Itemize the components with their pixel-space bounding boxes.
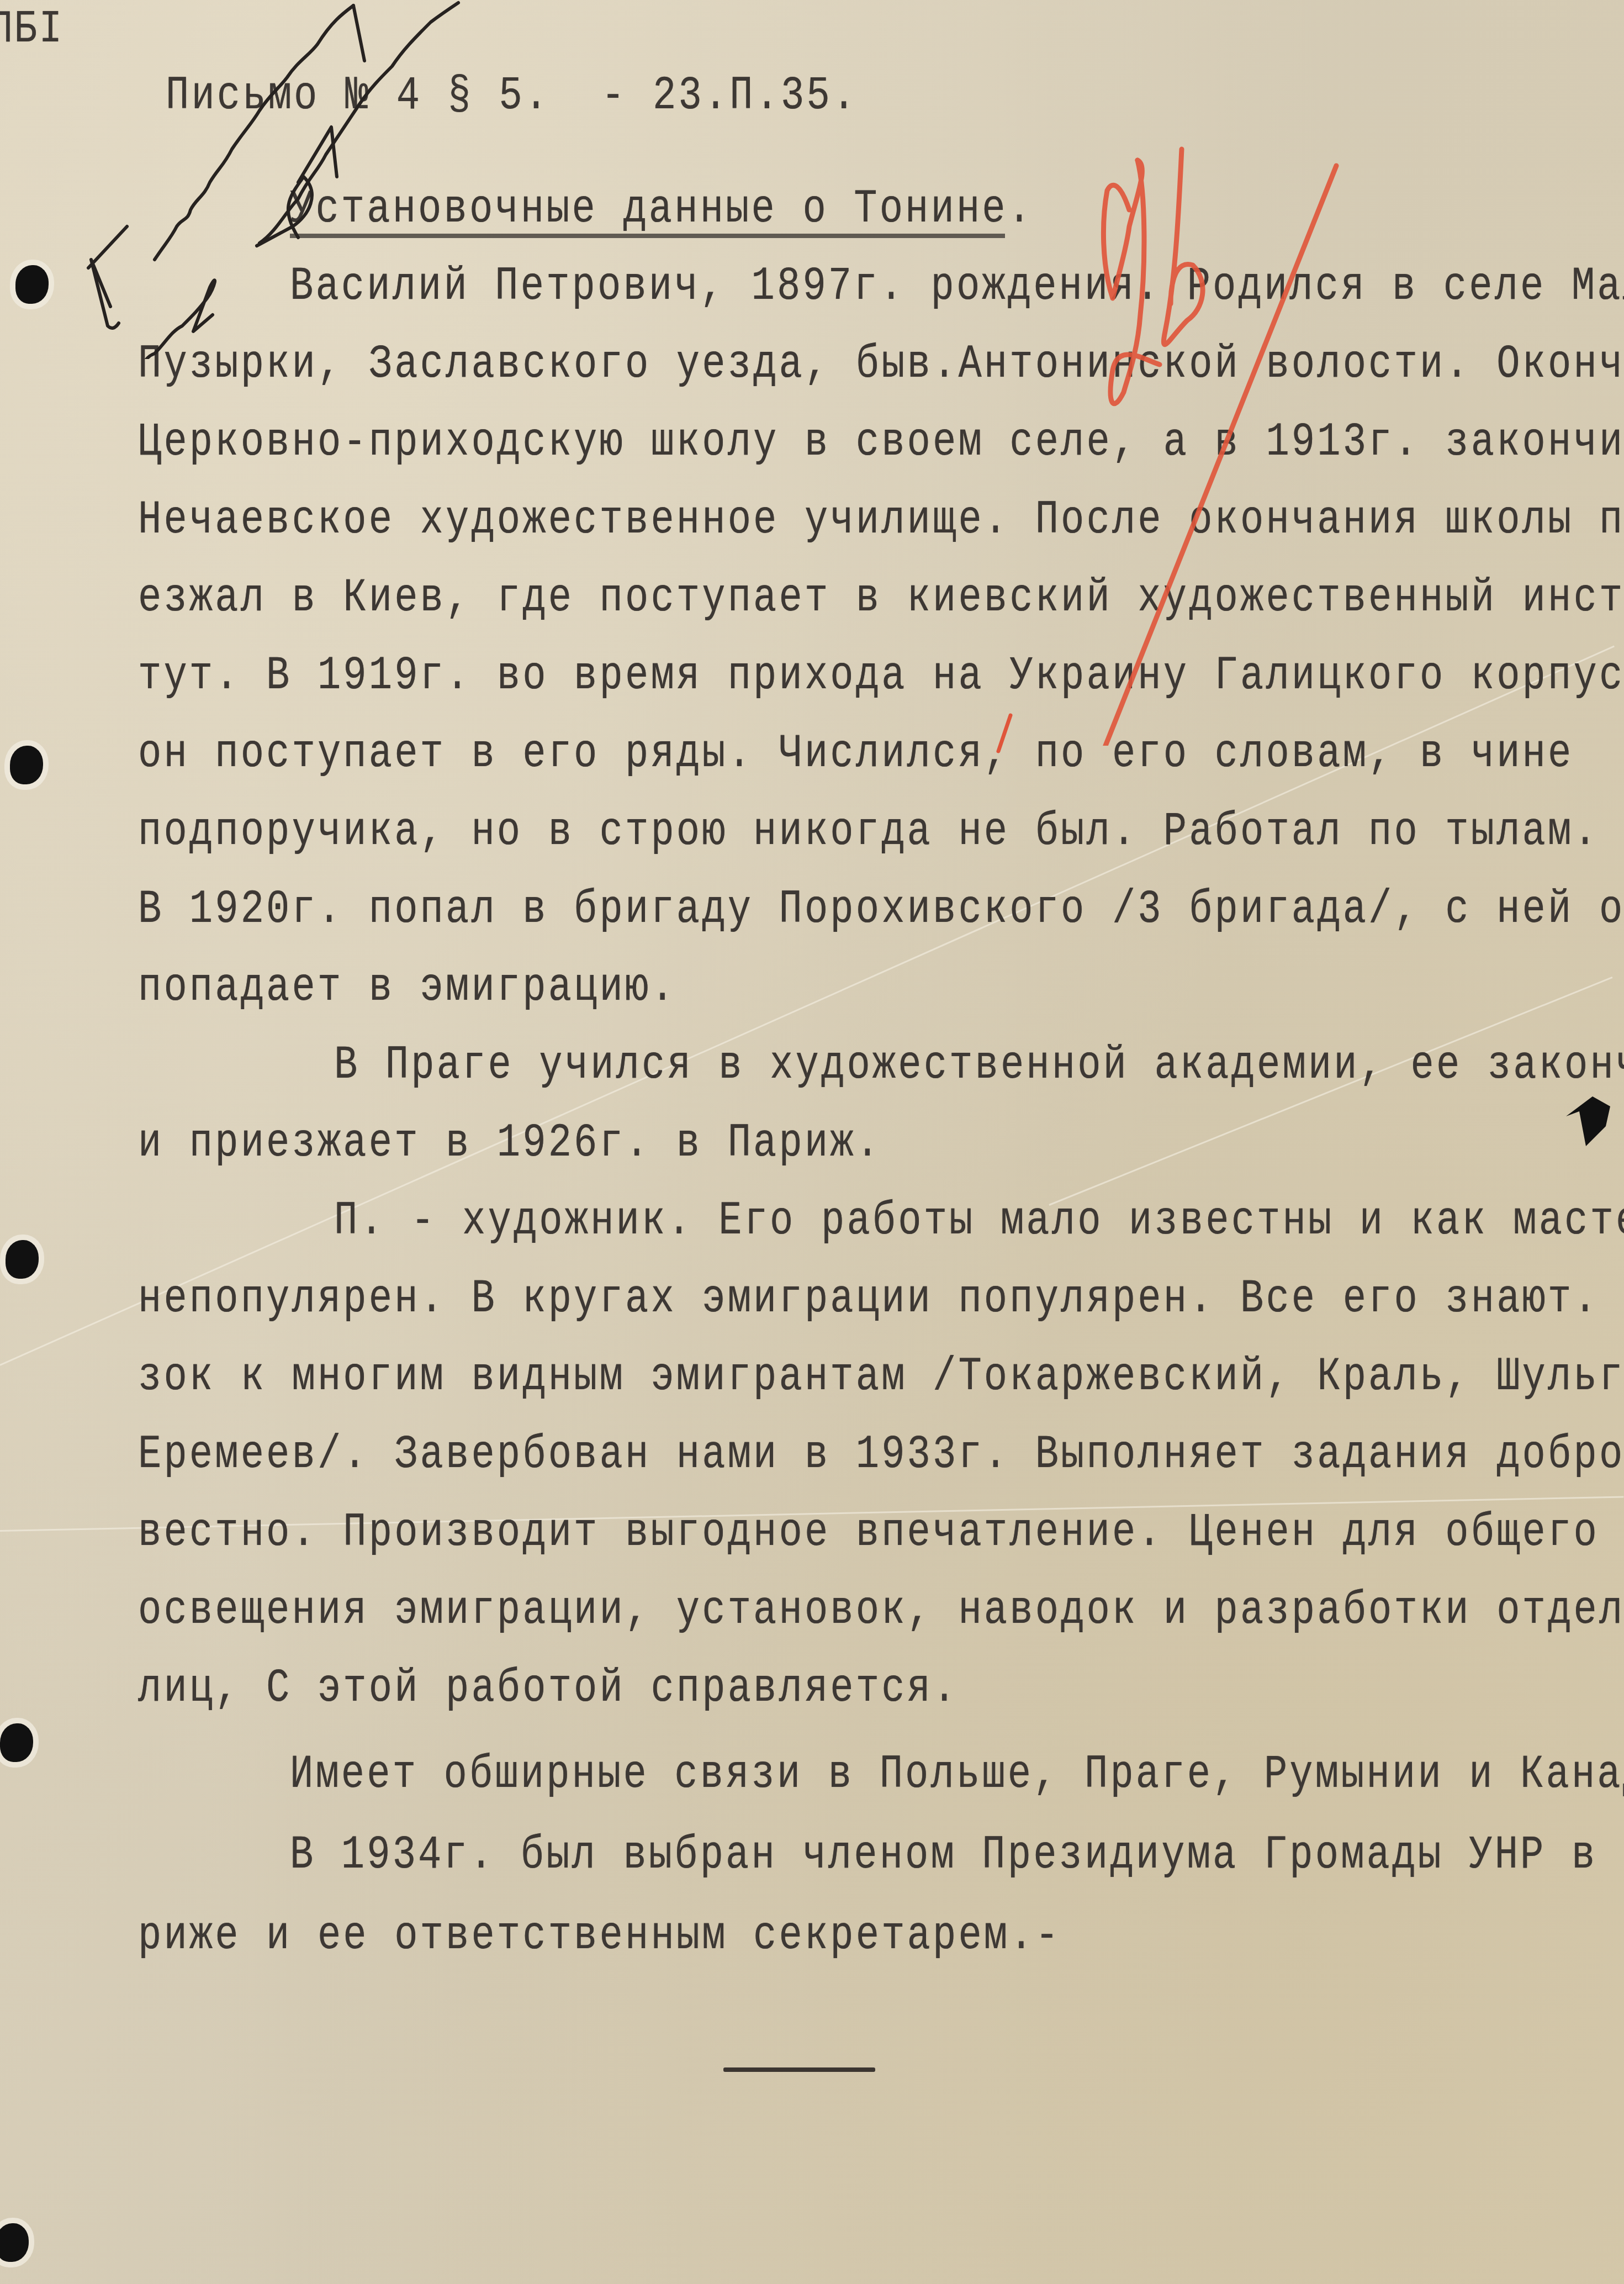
body-line: зок к многим видным эмигрантам /Токаржев…: [138, 1353, 1624, 1400]
body-line: Василий Петрович, 1897г. рождения. Родил…: [290, 262, 1624, 310]
title-underline: [290, 234, 1005, 238]
document-title: Установочные данные о Тонине.: [290, 185, 1033, 233]
body-line: риже и ее ответственным секретарем.-: [138, 1912, 1061, 1959]
corner-label: ЛБI: [0, 7, 64, 53]
body-line: Имеет обширные связи в Польше, Праге, Ру…: [290, 1750, 1624, 1798]
punch-hole: [15, 265, 49, 304]
body-line: В Праге учился в художественной академии…: [334, 1041, 1624, 1089]
punch-hole: [0, 2223, 29, 2262]
body-line: Еремеев/. Завербован нами в 1933г. Выпол…: [138, 1431, 1624, 1478]
body-line: В 1934г. был выбран членом Президиума Гр…: [290, 1831, 1624, 1879]
red-pencil-annotation: [994, 83, 1601, 746]
body-line: тут. В 1919г. во время прихода на Украин…: [138, 652, 1624, 699]
punch-hole: [10, 746, 43, 784]
letter-reference: Письмо № 4 § 5. - 23.П.35.: [166, 72, 858, 119]
document-page: ЛБI Письмо № 4 § 5. - 23.П.35. Установоч…: [0, 0, 1624, 2284]
end-rule: [723, 2067, 875, 2072]
body-line: подпоручика, но в строю никогда не был. …: [138, 808, 1599, 855]
punch-hole: [0, 1723, 33, 1762]
body-line: попадает в эмиграцию.: [138, 963, 676, 1011]
body-line: непопулярен. В кругах эмиграции популяре…: [138, 1275, 1624, 1322]
body-line: вестно. Производит выгодное впечатление.…: [138, 1508, 1599, 1556]
body-line: лиц, С этой работой справляется.: [138, 1664, 958, 1712]
body-line: П. - художник. Его работы мало известны …: [334, 1197, 1624, 1244]
body-line: езжал в Киев, где поступает в киевский х…: [138, 574, 1624, 621]
body-line: Пузырки, Заславского уезда, быв.Антонинс…: [138, 340, 1624, 388]
paper-tear: [1566, 1096, 1610, 1146]
body-line: Нечаевское художественное училище. После…: [138, 496, 1624, 544]
body-line: освещения эмиграции, установок, наводок …: [138, 1586, 1624, 1634]
body-line: Церковно-приходскую школу в своем селе, …: [138, 418, 1624, 466]
body-line: В 1920г. попал в бригаду Порохивского /3…: [138, 885, 1624, 933]
body-line: он поступает в его ряды. Числился, по ег…: [138, 730, 1573, 777]
body-line: и приезжает в 1926г. в Париж.: [138, 1119, 881, 1167]
punch-hole: [6, 1240, 39, 1279]
